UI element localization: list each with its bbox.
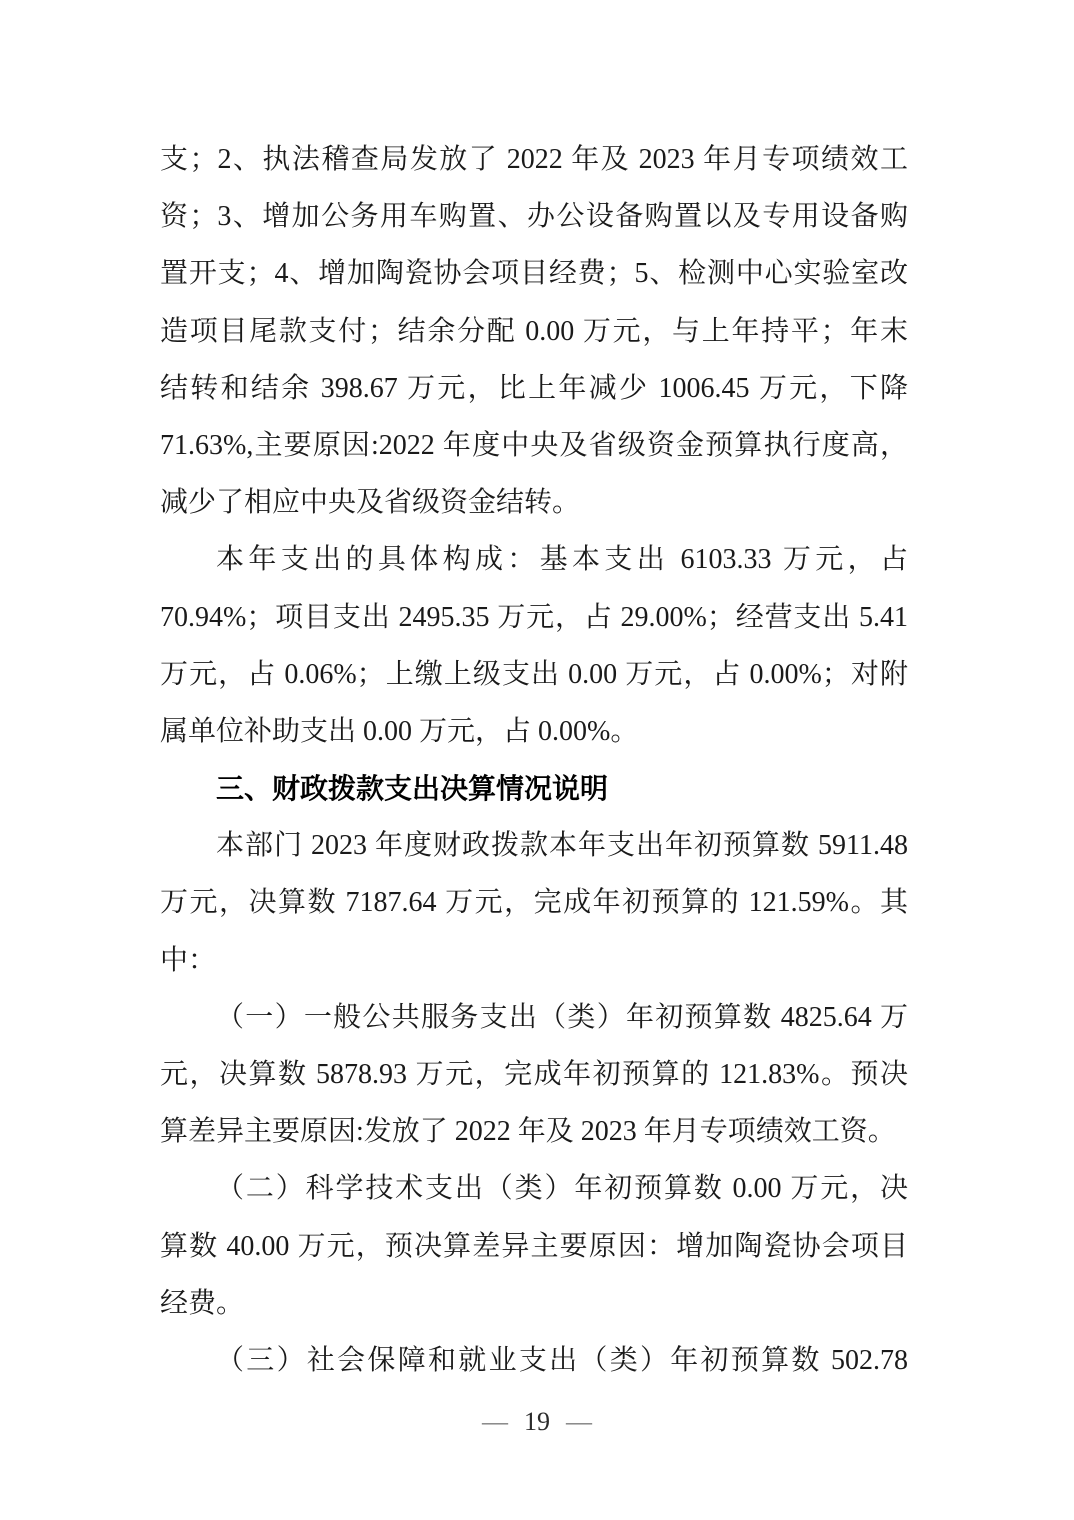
page-footer: — 19 — [0, 1404, 1074, 1440]
text-line: 中： [160, 932, 908, 989]
text-line: 资；3、增加公务用车购置、办公设备购置以及专用设备购 [160, 188, 908, 245]
text-line: 属单位补助支出 0.00 万元，占 0.00%。 [160, 703, 908, 760]
text-line: 万元，决算数 7187.64 万元，完成年初预算的 121.59%。其 [160, 874, 908, 931]
text-line: （一）一般公共服务支出（类）年初预算数 4825.64 万 [160, 989, 908, 1046]
text-line: 支；2、执法稽查局发放了 2022 年及 2023 年月专项绩效工 [160, 131, 908, 188]
text-line: 经费。 [160, 1275, 908, 1332]
text-line: 减少了相应中央及省级资金结转。 [160, 474, 908, 531]
footer-dash-right: — [566, 1404, 592, 1440]
section-heading: 三、财政拨款支出决算情况说明 [160, 760, 908, 817]
text-line: （三）社会保障和就业支出（类）年初预算数 502.78 [160, 1332, 908, 1389]
text-line: 算差异主要原因:发放了 2022 年及 2023 年月专项绩效工资。 [160, 1103, 908, 1160]
text-line: 本年支出的具体构成：基本支出 6103.33 万元，占 [160, 531, 908, 588]
page-number: 19 [524, 1404, 550, 1440]
text-line: 71.63%,主要原因:2022 年度中央及省级资金预算执行度高， [160, 417, 908, 474]
text-line: 算数 40.00 万元，预决算差异主要原因：增加陶瓷协会项目 [160, 1218, 908, 1275]
text-line: 造项目尾款支付；结余分配 0.00 万元，与上年持平；年末 [160, 303, 908, 360]
text-line: 万元，占 0.06%；上缴上级支出 0.00 万元，占 0.00%；对附 [160, 646, 908, 703]
text-line: 本部门 2023 年度财政拨款本年支出年初预算数 5911.48 [160, 817, 908, 874]
text-line: （二）科学技术支出（类）年初预算数 0.00 万元，决 [160, 1160, 908, 1217]
footer-dash-left: — [482, 1404, 508, 1440]
text-line: 结转和结余 398.67 万元，比上年减少 1006.45 万元，下降 [160, 360, 908, 417]
text-line: 置开支；4、增加陶瓷协会项目经费；5、检测中心实验室改 [160, 245, 908, 302]
text-line: 元，决算数 5878.93 万元，完成年初预算的 121.83%。预决 [160, 1046, 908, 1103]
text-line: 70.94%；项目支出 2495.35 万元，占 29.00%；经营支出 5.4… [160, 589, 908, 646]
document-text-block: 支；2、执法稽查局发放了 2022 年及 2023 年月专项绩效工 资；3、增加… [160, 131, 908, 1389]
